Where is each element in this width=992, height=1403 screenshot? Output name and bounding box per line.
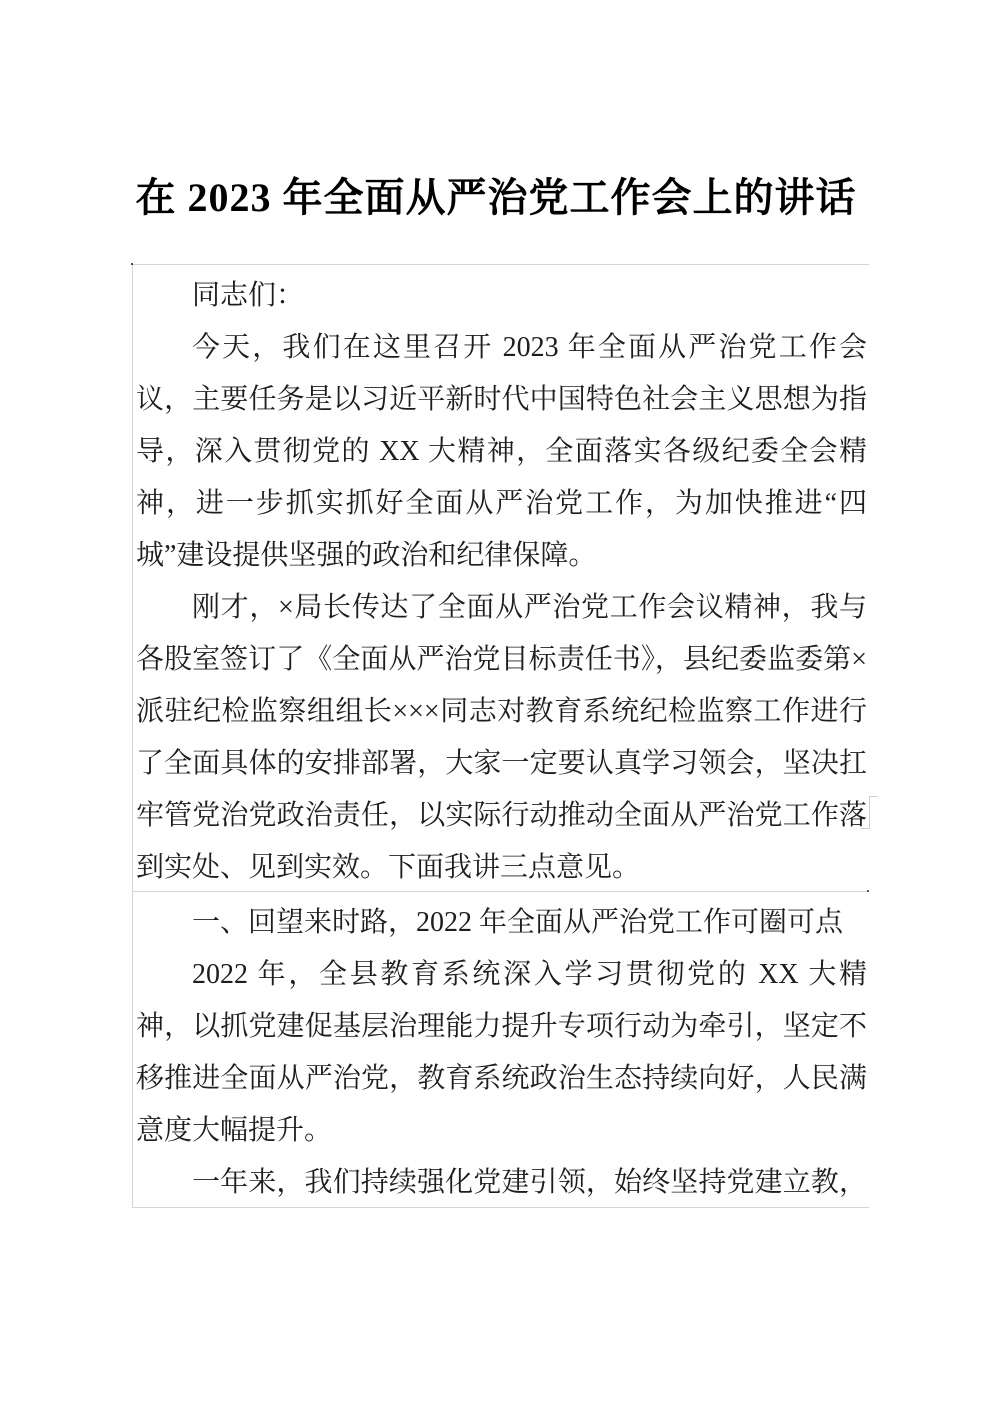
paragraph-meeting-recap: 刚才，×局长传达了全面从严治党工作会议精神，我与各股室签订了《全面从严治党目标责… bbox=[136, 582, 867, 891]
textbox-divider-end-mark bbox=[867, 890, 869, 892]
paragraph-salutation: 同志们： bbox=[136, 270, 867, 322]
paragraph-meeting-purpose: 今天，我们在这里召开 2023 年全面从严治党工作会议，主要任务是以习近平新时代… bbox=[136, 322, 867, 582]
textbox-right-border-fragment bbox=[869, 796, 870, 829]
textbox-section-opening: 同志们： 今天，我们在这里召开 2023 年全面从严治党工作会议，主要任务是以习… bbox=[132, 264, 869, 891]
document-textbox: 同志们： 今天，我们在这里召开 2023 年全面从严治党工作会议，主要任务是以习… bbox=[132, 264, 869, 1208]
textbox-corner-mark bbox=[131, 263, 133, 265]
textbox-right-border-tick-bottom bbox=[861, 828, 870, 829]
textbox-right-border-tick-top bbox=[869, 796, 878, 797]
document-title: 在 2023 年全面从严治党工作会上的讲话 bbox=[0, 166, 992, 223]
textbox-section-review: 一、回望来时路，2022 年全面从严治党工作可圈可点 2022 年，全县教育系统… bbox=[132, 891, 869, 1208]
document-page: 在 2023 年全面从严治党工作会上的讲话 同志们： 今天，我们在这里召开 20… bbox=[0, 0, 992, 1403]
paragraph-2022-summary: 2022 年，全县教育系统深入学习贯彻党的 XX 大精神，以抓党建促基层治理能力… bbox=[136, 949, 867, 1157]
section-heading-review-2022: 一、回望来时路，2022 年全面从严治党工作可圈可点 bbox=[136, 897, 867, 949]
paragraph-party-building: 一年来，我们持续强化党建引领，始终坚持党建立教，党建强教，不断增强全面从严治党的… bbox=[136, 1157, 867, 1208]
